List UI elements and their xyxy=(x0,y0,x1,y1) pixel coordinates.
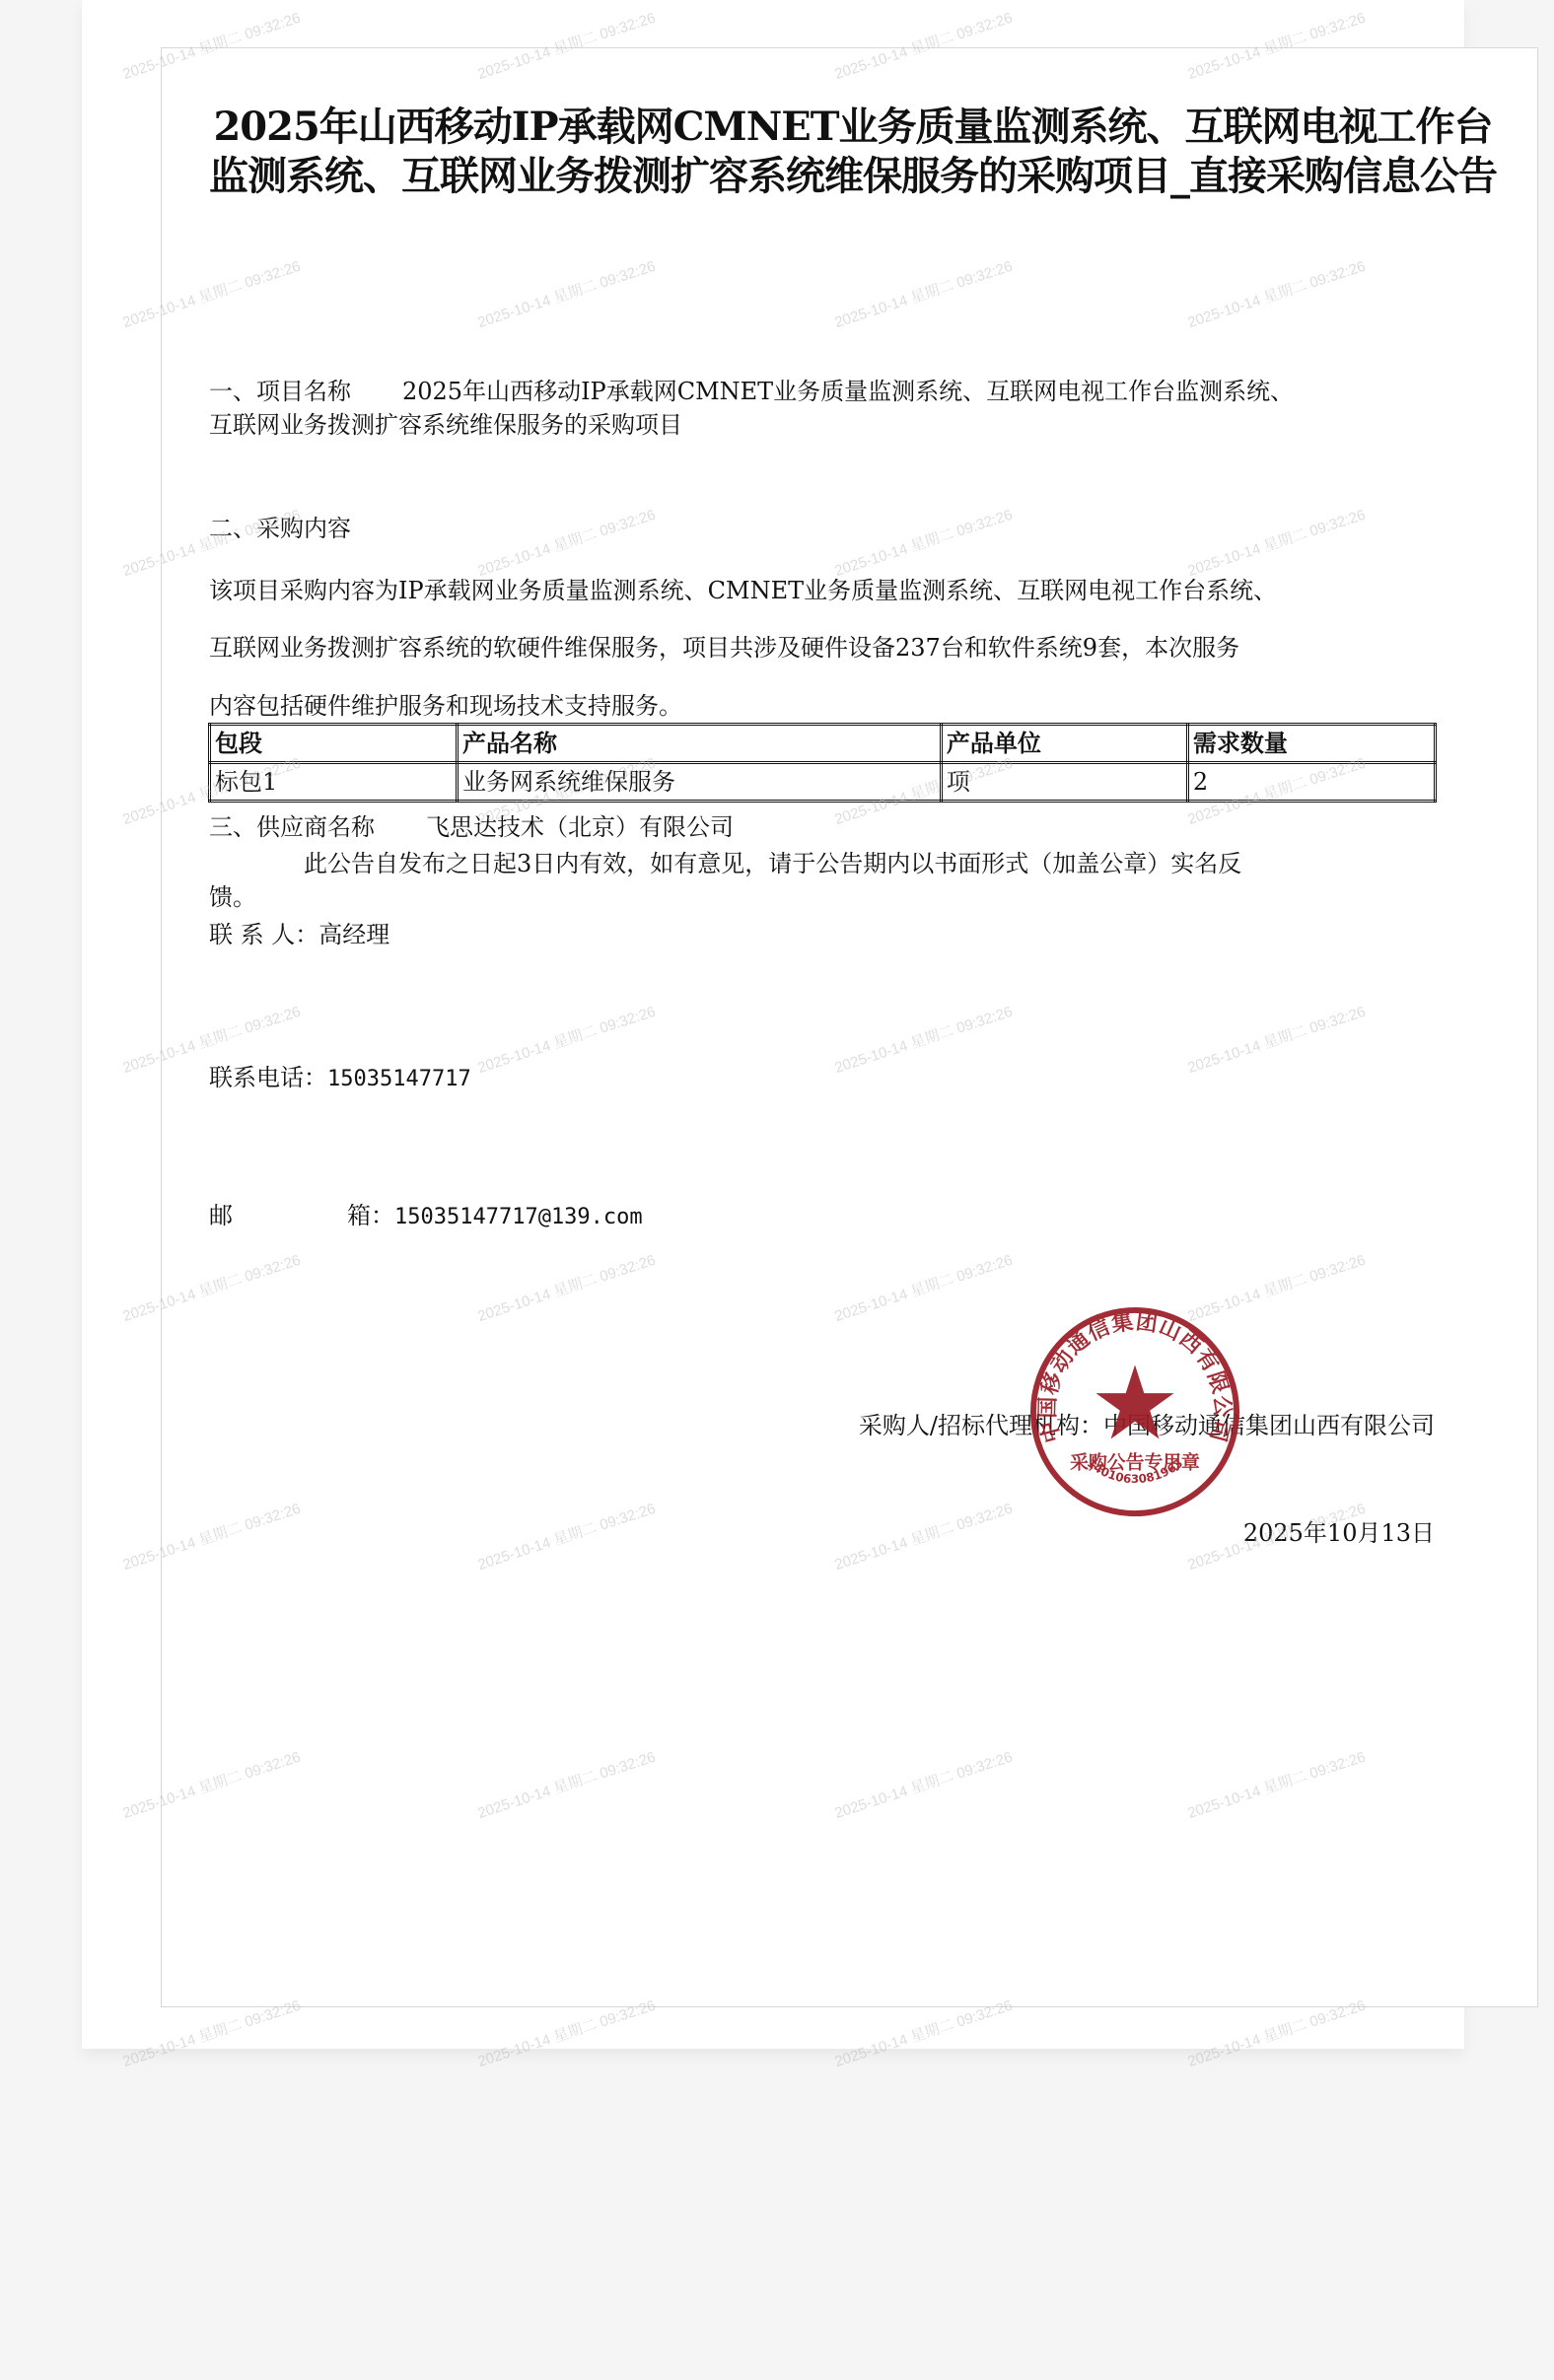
section-supplier: 三、供应商名称飞思达技术（北京）有限公司 xyxy=(209,812,734,842)
section-procurement-content-label: 二、采购内容 xyxy=(209,514,351,543)
section-project-name-continued: 互联网业务拨测扩容系统维保服务的采购项目 xyxy=(209,410,682,440)
procurement-content-line: 互联网业务拨测扩容系统的软硬件维保服务，项目共涉及硬件设备237台和软件系统9套… xyxy=(209,633,1239,663)
table-header-cell: 产品名称 xyxy=(458,725,942,763)
document-title: 2025年山西移动IP承载网CMNET业务质量监测系统、互联网电视工作台监测系统… xyxy=(202,103,1504,201)
contact-person-value: 高经理 xyxy=(318,921,389,948)
notice-text-line: 此公告自发布之日起3日内有效，如有意见，请于公告期内以书面形式（加盖公章）实名反 xyxy=(304,850,1241,877)
notice-text: 此公告自发布之日起3日内有效，如有意见，请于公告期内以书面形式（加盖公章）实名反 xyxy=(209,849,1241,878)
items-table: 包段 产品名称 产品单位 需求数量 标包1 业务网系统维保服务 项 2 xyxy=(208,723,1437,803)
section-project-name-label: 一、项目名称 xyxy=(209,378,351,405)
procurement-content-line: 该项目采购内容为IP承载网业务质量监测系统、CMNET业务质量监测系统、互联网电… xyxy=(209,576,1277,605)
supplier-name: 飞思达技术（北京）有限公司 xyxy=(426,813,734,841)
section-project-name-value: 2025年山西移动IP承载网CMNET业务质量监测系统、互联网电视工作台监测系统… xyxy=(402,378,1294,405)
table-header-cell: 需求数量 xyxy=(1187,725,1435,763)
procurement-content-line: 内容包括硬件维护服务和现场技术支持服务。 xyxy=(209,691,682,721)
contact-email-label-b: 箱： xyxy=(347,1202,394,1229)
contact-email-label-a: 邮 xyxy=(209,1202,233,1229)
official-seal-icon: 中国移动通信集团山西有限公司 采购公告专用章 1401063081963 xyxy=(1027,1304,1242,1519)
document-content: 2025年山西移动IP承载网CMNET业务质量监测系统、互联网电视工作台监测系统… xyxy=(0,0,1554,2380)
table-cell: 2 xyxy=(1187,763,1435,802)
contact-person-label: 联 系 人： xyxy=(209,921,318,948)
section-supplier-label: 三、供应商名称 xyxy=(209,813,375,841)
contact-phone-label: 联系电话： xyxy=(209,1064,327,1091)
section-project-name: 一、项目名称2025年山西移动IP承载网CMNET业务质量监测系统、互联网电视工… xyxy=(209,377,1294,406)
contact-phone-value: 15035147717 xyxy=(327,1067,471,1091)
announcement-date: 2025年10月13日 xyxy=(1243,1518,1435,1548)
table-header-cell: 产品单位 xyxy=(941,725,1187,763)
table-row: 标包1 业务网系统维保服务 项 2 xyxy=(210,763,1436,802)
table-cell: 项 xyxy=(941,763,1187,802)
contact-person: 联 系 人：高经理 xyxy=(209,920,389,949)
contact-email: 邮箱：15035147717@139.com xyxy=(209,1201,643,1232)
table-header-row: 包段 产品名称 产品单位 需求数量 xyxy=(210,725,1436,763)
table-cell: 业务网系统维保服务 xyxy=(458,763,942,802)
table-header-cell: 包段 xyxy=(210,725,458,763)
contact-email-value: 15035147717@139.com xyxy=(394,1205,643,1229)
table-cell: 标包1 xyxy=(210,763,458,802)
contact-phone: 联系电话：15035147717 xyxy=(209,1063,471,1094)
notice-text-continued: 馈。 xyxy=(209,882,256,912)
